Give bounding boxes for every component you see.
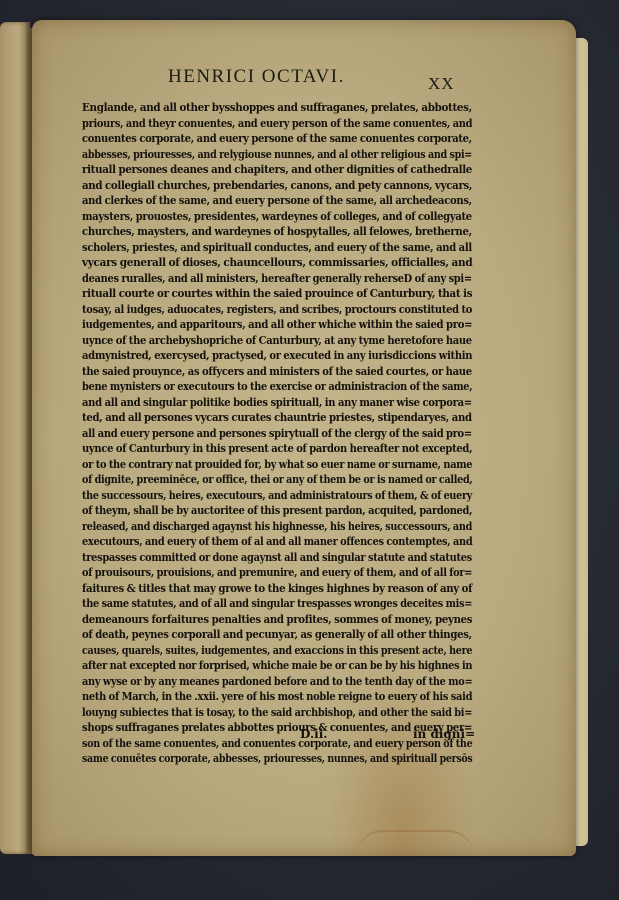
text-line: of dignite, preeminēce, or office, thei …	[82, 472, 472, 488]
text-line: rituall persones deanes and chapiters, a…	[82, 162, 472, 178]
text-line: uynce of the archebyshopriche of Canturb…	[82, 333, 472, 349]
folio-number: XX	[428, 74, 455, 94]
text-line: conuentes corporate, and euery persone o…	[82, 131, 472, 147]
text-line: maysters, prouostes, presidentes, wardey…	[82, 209, 472, 225]
text-line: of death, peynes corporall and pecunyar,…	[82, 627, 472, 643]
text-line: the saied prouynce, as offycers and mini…	[82, 364, 472, 380]
text-line: and all and singular politike bodies spi…	[82, 395, 472, 411]
text-line: all and euery persone and persones spiry…	[82, 426, 472, 442]
text-line: uynce of Canturbury in this present acte…	[82, 441, 472, 457]
text-line: demeanours forfaitures penalties and pro…	[82, 612, 472, 628]
text-line: deanes ruralles, and all ministers, here…	[82, 271, 472, 287]
text-line: the successours, heires, executours, and…	[82, 488, 472, 504]
text-line: admynistred, exercysed, practysed, or ex…	[82, 348, 472, 364]
signature-mark: D.ii.	[300, 727, 327, 741]
text-line: trespasses committed or done agaynst all…	[82, 550, 472, 566]
text-line: and clerkes of the same, and euery perso…	[82, 193, 472, 209]
faint-mark: ·∴	[84, 730, 94, 741]
text-line: louyng subiectes that is tosay, to the s…	[82, 705, 472, 721]
text-line: tosay, al iudges, aduocates, registers, …	[82, 302, 472, 318]
text-line: of theym, shall be by auctoritee of this…	[82, 503, 472, 519]
text-line: neth of March, in the .xxii. yere of his…	[82, 689, 472, 705]
text-line: iudgementes, and apparitours, and all ot…	[82, 317, 472, 333]
catchword: in digni=	[413, 727, 475, 741]
body-text: Englande, and all other bysshoppes and s…	[82, 100, 472, 767]
text-line: bene mynisters or executours to the exer…	[82, 379, 472, 395]
text-line: priours, and theyr conuentes, and euery …	[82, 116, 472, 132]
text-line: vycars generall of dioses, chauncellours…	[82, 255, 472, 271]
text-line: causes, quarels, suites, iudgementes, an…	[82, 643, 472, 659]
text-line: or to the contrary nat prouided for, by …	[82, 457, 472, 473]
text-line: of prouisours, prouisions, and premunire…	[82, 565, 472, 581]
text-line: faitures & titles that may growe to the …	[82, 581, 472, 597]
text-line: rituall courte or courtes within the sai…	[82, 286, 472, 302]
text-line: the same statutes, and of all and singul…	[82, 596, 472, 612]
text-line: abbesses, priouresses, and relygiouse nu…	[82, 147, 472, 163]
text-line: released, and discharged agaynst his hig…	[82, 519, 472, 535]
text-line: same conuētes corporate, abbesses, priou…	[82, 751, 472, 767]
text-line: ted, and all persones vycars curates cha…	[82, 410, 472, 426]
text-line: executours, and euery of them of al and …	[82, 534, 472, 550]
text-line: any wyse or by any meanes pardoned befor…	[82, 674, 472, 690]
text-line: scholers, priestes, and spirituall condu…	[82, 240, 472, 256]
text-line: Englande, and all other bysshoppes and s…	[82, 100, 472, 116]
text-line: churches, maysters, and wardeynes of hos…	[82, 224, 472, 240]
running-head: HENRICI OCTAVI.	[168, 66, 345, 88]
text-line: after nat excepted nor forprised, whiche…	[82, 658, 472, 674]
left-page-edge	[0, 22, 30, 854]
text-line: and collegiall churches, prebendaries, c…	[82, 178, 472, 194]
water-stain	[355, 830, 475, 858]
